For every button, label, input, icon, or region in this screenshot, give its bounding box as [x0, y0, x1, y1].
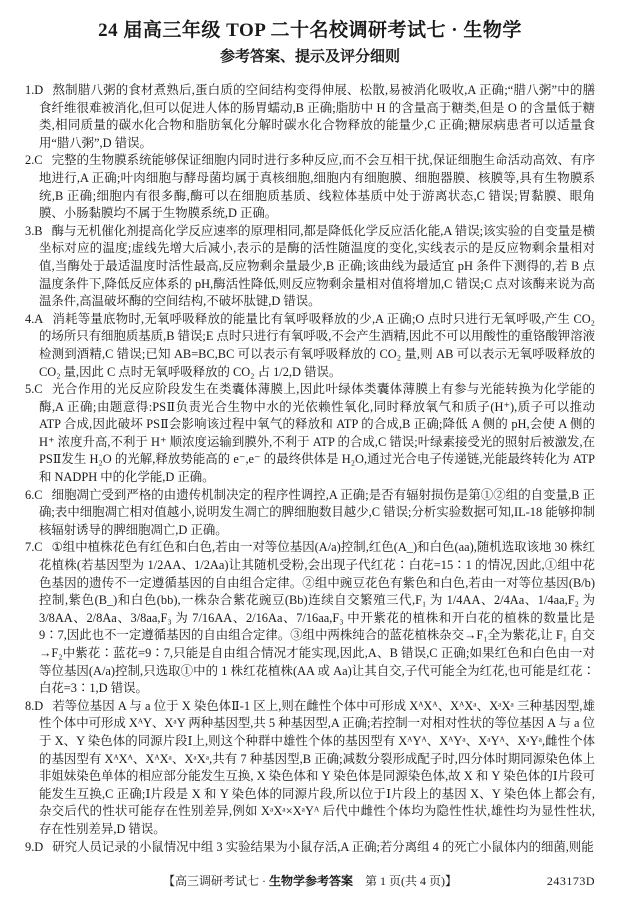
answer-explanation-5: 光合作用的光反应阶段发生在类囊体薄膜上,因此叶绿体类囊体薄膜上有参与光能转换为化…: [39, 382, 595, 484]
answer-label-4: 4.A: [25, 312, 43, 326]
answers-section: 1.D熬制腊八粥的食材煮熟后,蛋白质的空间结构变得伸展、松散,易被消化吸收,A …: [25, 82, 595, 856]
answer-label-6: 6.C: [25, 488, 43, 502]
answer-label-2: 2.C: [25, 153, 43, 167]
answer-item-5: 5.C光合作用的光反应阶段发生在类囊体薄膜上,因此叶绿体类囊体薄膜上有参与光能转…: [25, 381, 595, 487]
answer-item-8: 8.D若等位基因 A 与 a 位于 X 染色体Ⅱ-1 区上,则在雌性个体中可形成…: [25, 698, 595, 839]
page-title: 24 届高三年级 TOP 二十名校调研考试七 · 生物学: [25, 18, 595, 44]
page-header: 24 届高三年级 TOP 二十名校调研考试七 · 生物学 参考答案、提示及评分细…: [25, 18, 595, 68]
answer-item-1: 1.D熬制腊八粥的食材煮熟后,蛋白质的空间结构变得伸展、松散,易被消化吸收,A …: [25, 82, 595, 152]
answer-item-6: 6.C细胞凋亡受到严格的由遗传机制决定的程序性调控,A 正确;是否有辐射损伤是第…: [25, 487, 595, 540]
answer-explanation-4: 消耗等量底物时,无氧呼吸释放的能量比有氧呼吸释放的少,A 正确;O 点时只进行无…: [39, 312, 595, 379]
answer-explanation-2: 完整的生物膜系统能够保证细胞内同时进行多种反应,而不会互相干扰,保证细胞生命活动…: [39, 153, 595, 220]
footer-exam-name: 生物学参考答案: [269, 874, 353, 888]
page-subtitle: 参考答案、提示及评分细则: [25, 46, 595, 68]
answer-item-4: 4.A消耗等量底物时,无氧呼吸释放的能量比有氧呼吸释放的少,A 正确;O 点时只…: [25, 311, 595, 381]
answer-item-2: 2.C完整的生物膜系统能够保证细胞内同时进行多种反应,而不会互相干扰,保证细胞生…: [25, 152, 595, 222]
answer-label-1: 1.D: [25, 83, 43, 97]
answer-explanation-6: 细胞凋亡受到严格的由遗传机制决定的程序性调控,A 正确;是否有辐射损伤是第①②组…: [39, 488, 595, 537]
answer-explanation-8: 若等位基因 A 与 a 位于 X 染色体Ⅱ-1 区上,则在雌性个体中可形成 Xᴬ…: [39, 699, 595, 836]
answer-explanation-7: ①组中植株花色有红色和白色,若由一对等位基因(A/a)控制,红色(A_)和白色(…: [39, 540, 595, 695]
answer-sheet-page: 24 届高三年级 TOP 二十名校调研考试七 · 生物学 参考答案、提示及评分细…: [0, 0, 620, 900]
answer-item-9: 9.D研究人员记录的小鼠情况中组 3 实验结果为小鼠存活,A 正确;若分离组 4…: [25, 839, 595, 857]
footer-prefix: 【高三调研考试七 ·: [163, 874, 269, 888]
answer-explanation-3: 酶与无机催化剂提高化学反应速率的原理相同,都是降低化学反应活化能,A 错误;该实…: [39, 224, 595, 308]
answer-label-3: 3.B: [25, 224, 43, 238]
answer-explanation-9: 研究人员记录的小鼠情况中组 3 实验结果为小鼠存活,A 正确;若分离组 4 的死…: [52, 840, 593, 854]
answer-item-3: 3.B酶与无机催化剂提高化学反应速率的原理相同,都是降低化学反应活化能,A 错误…: [25, 223, 595, 311]
footer-page-info: 【高三调研考试七 · 生物学参考答案 第 1 页(共 4 页)】: [0, 873, 620, 889]
answer-label-7: 7.C: [25, 540, 43, 554]
answer-explanation-1: 熬制腊八粥的食材煮熟后,蛋白质的空间结构变得伸展、松散,易被消化吸收,A 正确;…: [39, 83, 595, 150]
answer-label-5: 5.C: [25, 382, 43, 396]
answer-item-7: 7.C①组中植株花色有红色和白色,若由一对等位基因(A/a)控制,红色(A_)和…: [25, 539, 595, 697]
footer-code: 243173D: [547, 873, 595, 889]
answer-label-9: 9.D: [25, 840, 43, 854]
answer-label-8: 8.D: [25, 699, 43, 713]
footer-suffix: 第 1 页(共 4 页)】: [353, 874, 457, 888]
